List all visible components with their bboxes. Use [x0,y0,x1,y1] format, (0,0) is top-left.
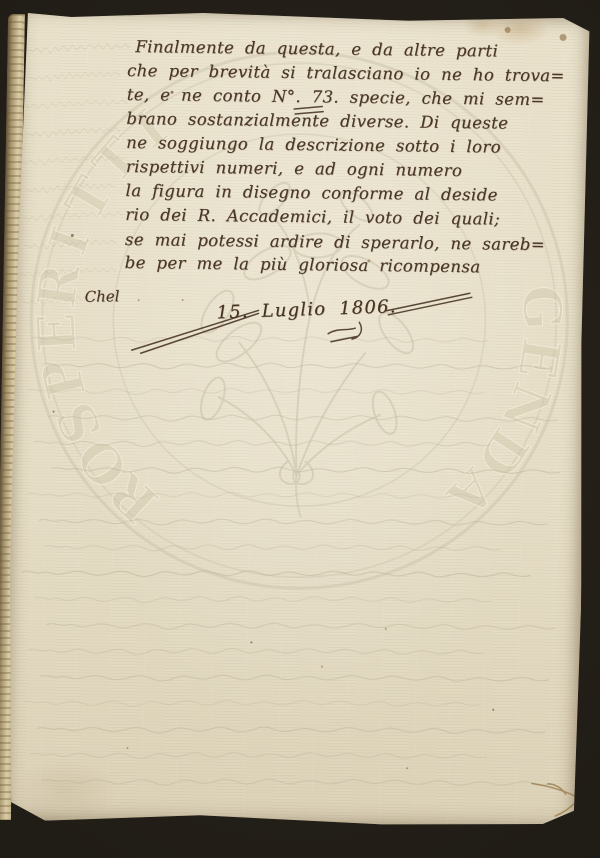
date-flourish-right [386,292,471,317]
pen-mark [531,784,584,829]
ink-flourishes [5,8,592,830]
date-flourish-under [328,322,362,343]
numeral-underline [294,106,323,115]
manuscript-page: ROSPERITTIGENDA Finalmente da ques [5,8,592,830]
scan-background: ROSPERITTIGENDA Finalmente da ques [0,0,600,858]
date-flourish-left [132,308,259,355]
